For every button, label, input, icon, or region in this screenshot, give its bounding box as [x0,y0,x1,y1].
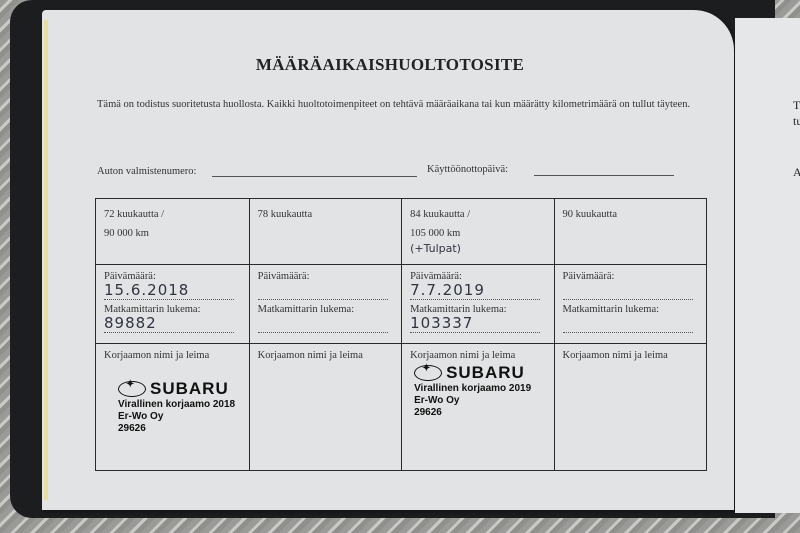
date-field[interactable] [563,282,693,300]
workshop-stamp: SUBARU Virallinen korjaamo 2019 Er-Wo Oy… [414,363,545,419]
intro-text: Tämä on todistus suoritetusta huollosta.… [97,96,717,113]
page-edge [44,20,48,500]
next-page-fragment: tu [793,114,800,129]
workshop-stamp-cell: Korjaamon nimi ja leima SUBARU Viralline… [96,344,250,471]
subaru-logo-icon [118,381,146,397]
interval-months: 72 kuukautta / [104,205,241,224]
workshop-label: Korjaamon nimi ja leima [563,350,698,361]
vin-label: Auton valmistenumero: [97,166,196,177]
date-label: Päivämäärä: [258,271,393,282]
stamp-brand: SUBARU [446,363,525,383]
date-odometer-cell: Päivämäärä: 15.6.2018 Matkamittarin luke… [96,265,250,344]
stamp-line: Virallinen korjaamo 2018 [118,399,241,411]
odometer-label: Matkamittarin lukema: [563,304,698,315]
workshop-label: Korjaamon nimi ja leima [410,350,545,361]
commission-date-field[interactable] [534,175,674,176]
odometer-field[interactable]: 103337 [410,315,540,333]
workshop-label: Korjaamon nimi ja leima [258,350,393,361]
date-field[interactable]: 7.7.2019 [410,282,540,300]
service-table: 72 kuukautta /90 000 km 78 kuukautta 84 … [95,198,707,471]
date-field[interactable]: 15.6.2018 [104,282,234,300]
workshop-stamp-cell: Korjaamon nimi ja leima [249,344,401,471]
interval-km: 90 000 km [104,224,241,243]
commission-date-label: Käyttöönottopäivä: [427,164,508,175]
odometer-field[interactable] [563,315,693,333]
interval-cell: 72 kuukautta /90 000 km [96,199,250,265]
workshop-stamp-cell: Korjaamon nimi ja leima [554,344,706,471]
date-odometer-cell: Päivämäärä: Matkamittarin lukema: [249,265,401,344]
workshop-label: Korjaamon nimi ja leima [104,350,241,361]
handwritten-note: (+Tulpat) [410,239,545,258]
stamp-line: 29626 [414,407,545,419]
vin-field[interactable] [212,176,417,177]
date-odometer-cell: Päivämäärä: 7.7.2019 Matkamittarin lukem… [402,265,554,344]
workshop-stamp-cell: Korjaamon nimi ja leima SUBARU Viralline… [402,344,554,471]
next-page-fragment: A [793,165,800,180]
interval-months: 84 kuukautta / [410,205,545,224]
interval-cell: 78 kuukautta [249,199,401,265]
stamp-brand: SUBARU [150,379,229,399]
interval-months: 78 kuukautta [258,205,393,224]
odometer-field[interactable] [258,315,388,333]
interval-cell: 90 kuukautta [554,199,706,265]
odometer-label: Matkamittarin lukema: [258,304,393,315]
date-label: Päivämäärä: [563,271,698,282]
interval-cell: 84 kuukautta /105 000 km(+Tulpat) [402,199,554,265]
stamp-line: Er-Wo Oy [118,411,241,423]
stamp-line: Virallinen korjaamo 2019 [414,383,545,395]
date-field[interactable] [258,282,388,300]
odometer-field[interactable]: 89882 [104,315,234,333]
date-odometer-cell: Päivämäärä: Matkamittarin lukema: [554,265,706,344]
stamp-line: 29626 [118,423,241,435]
stamp-line: Er-Wo Oy [414,395,545,407]
next-page-fragment: T [793,98,800,113]
workshop-stamp: SUBARU Virallinen korjaamo 2018 Er-Wo Oy… [118,379,241,435]
interval-months: 90 kuukautta [563,205,698,224]
subaru-logo-icon [414,365,442,381]
next-page: T tu A [735,18,800,513]
page-title: MÄÄRÄAIKAISHUOLTOTOSITE [0,55,780,75]
